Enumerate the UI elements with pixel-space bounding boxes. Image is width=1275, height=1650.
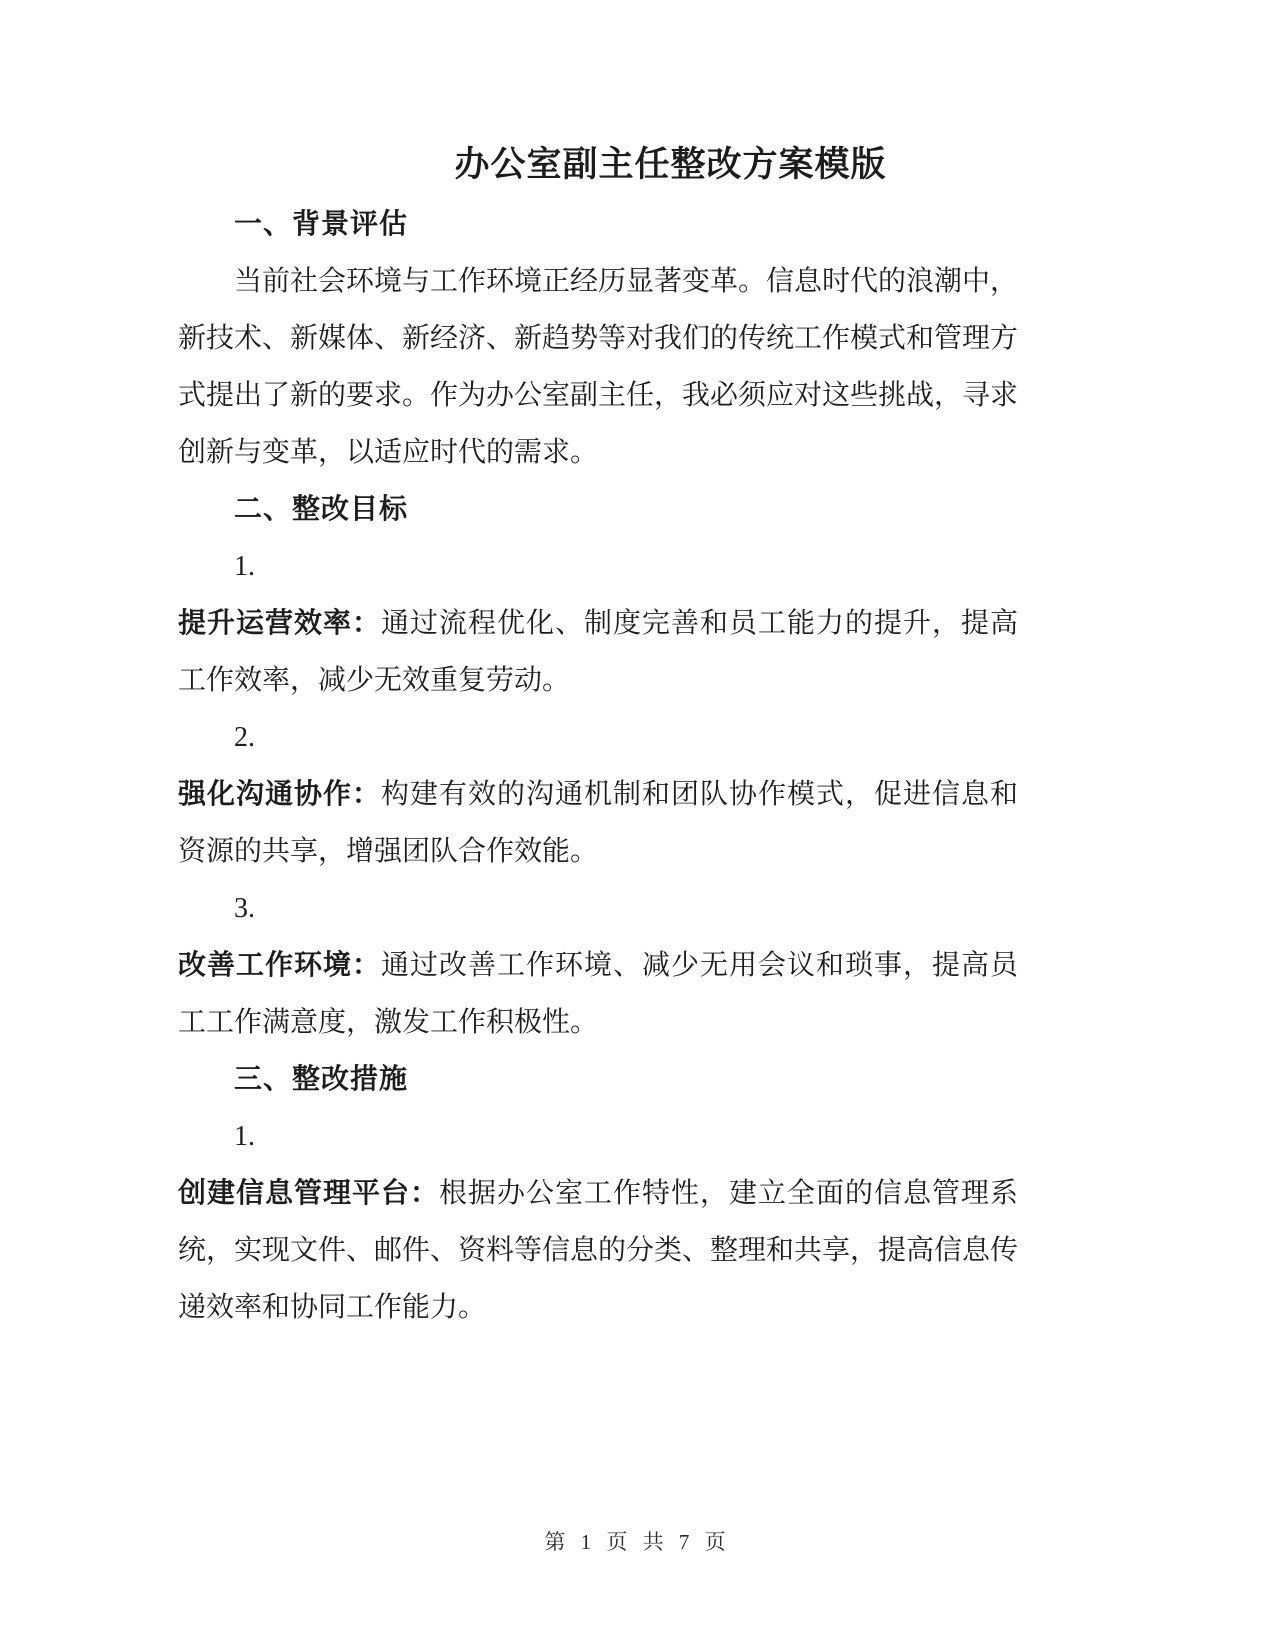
- list-number: 3.: [178, 880, 1018, 937]
- lead-in-text: 创建信息管理平台：: [178, 1178, 439, 1209]
- body-paragraph: 当前社会环境与工作环境正经历显著变革。信息时代的浪潮中，新技术、新媒体、新经济、…: [178, 253, 1018, 481]
- lead-in-text: 提升运营效率：: [178, 608, 381, 639]
- section-heading: 一、背景评估: [178, 196, 1018, 253]
- list-number: 2.: [178, 709, 1018, 766]
- page-title: 办公室副主任整改方案模版: [454, 134, 886, 196]
- list-number: 1.: [178, 538, 1018, 595]
- lead-paragraph: 改善工作环境：通过改善工作环境、减少无用会议和琐事，提高员工工作满意度，激发工作…: [178, 937, 1018, 1051]
- lead-paragraph: 创建信息管理平台：根据办公室工作特性，建立全面的信息管理系统，实现文件、邮件、资…: [178, 1165, 1018, 1336]
- lead-in-text: 改善工作环境：: [178, 950, 381, 981]
- section-heading: 三、整改措施: [178, 1051, 1018, 1108]
- page-number-footer: 第 1 页 共 7 页: [0, 1526, 1275, 1556]
- list-number: 1.: [178, 1108, 1018, 1165]
- title-row: 办公室副主任整改方案模版: [0, 0, 1275, 196]
- document-body: 一、背景评估当前社会环境与工作环境正经历显著变革。信息时代的浪潮中，新技术、新媒…: [178, 196, 1018, 1336]
- lead-in-text: 强化沟通协作：: [178, 779, 381, 810]
- lead-paragraph: 强化沟通协作：构建有效的沟通机制和团队协作模式，促进信息和资源的共享，增强团队合…: [178, 766, 1018, 880]
- lead-paragraph: 提升运营效率：通过流程优化、制度完善和员工能力的提升，提高工作效率，减少无效重复…: [178, 595, 1018, 709]
- section-heading: 二、整改目标: [178, 481, 1018, 538]
- document-page: 办公室副主任整改方案模版 一、背景评估当前社会环境与工作环境正经历显著变革。信息…: [0, 0, 1275, 1650]
